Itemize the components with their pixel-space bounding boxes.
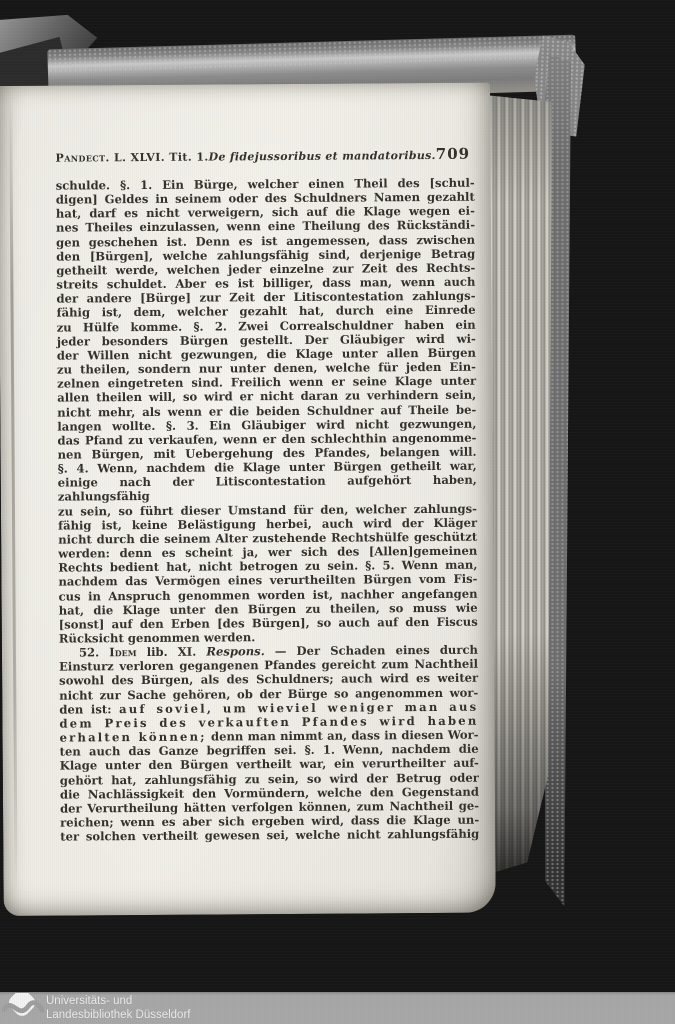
text-line: [sonst] auf den Erben [des Bürgen], so a… [59, 615, 478, 632]
running-head-series: Pandect. L. XLVI. Tit. 1. [55, 151, 208, 165]
book-page: Pandect. L. XLVI. Tit. 1. De fidejussori… [0, 83, 496, 916]
running-head: Pandect. L. XLVI. Tit. 1. De fidejussori… [55, 145, 413, 165]
scanned-book-photo: Pandect. L. XLVI. Tit. 1. De fidejussori… [0, 0, 675, 1024]
text-line: ter solchen vertheilt gewesen sei, welch… [60, 827, 479, 844]
library-name: Universitäts- und Landesbibliothek Düsse… [46, 994, 190, 1022]
page-gutter-shadow [9, 94, 18, 898]
text-line: einige nach der Litiscontestation aufgeh… [58, 473, 477, 504]
page-content: Pandect. L. XLVI. Tit. 1. De fidejussori… [55, 145, 479, 844]
library-name-line2: Landesbibliothek Düsseldorf [46, 1008, 190, 1022]
ulb-duesseldorf-logo-icon [2, 993, 44, 1024]
library-name-line1: Universitäts- und [46, 994, 190, 1008]
running-head-title: De fidejussoribus et mandatoribus. [209, 149, 436, 164]
page-number: 709 [436, 145, 470, 163]
footer-bar: Universitäts- und Landesbibliothek Düsse… [0, 992, 675, 1024]
page-text-block: schulde. §. 1. Ein Bürge, welcher einen … [56, 176, 480, 844]
